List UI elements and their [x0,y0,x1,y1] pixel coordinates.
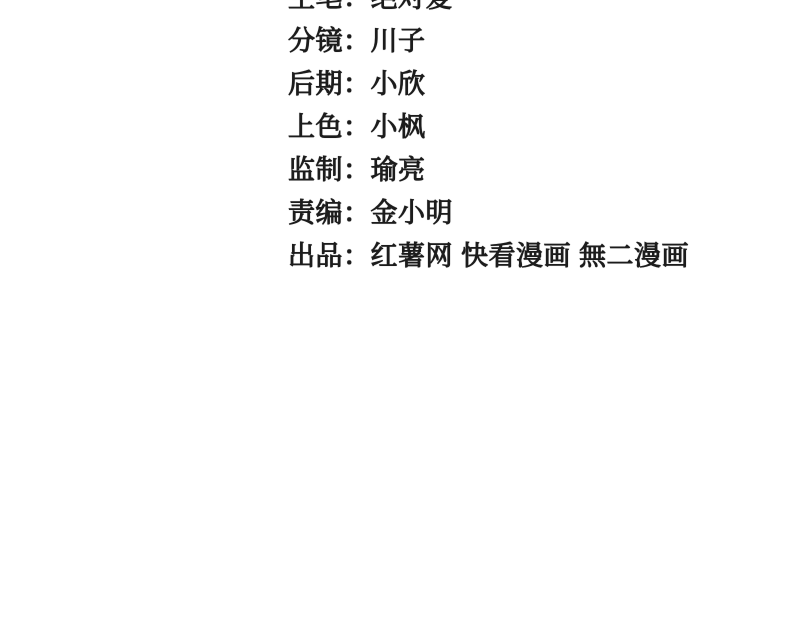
credit-role-text: 分镜 [288,26,343,56]
credit-name-text: 瑜亮 [371,155,426,185]
credit-colon: ： [343,198,371,228]
credit-name-text: 小枫 [371,112,426,142]
credit-row-storyboard: 分镜：川子 [288,20,689,63]
credit-role-text: 后期 [288,69,343,99]
credit-role-text: 监制 [288,155,343,185]
credit-role-label: 分镜： [288,20,371,63]
credit-role-label: 上色： [288,106,371,149]
credit-role-text: 上色 [288,112,343,142]
comic-credits-page: 主笔：绝对爱 分镜：川子 后期：小欣 上色：小枫 监制：瑜亮 责编：金小明 出品… [0,0,800,624]
credit-name-text: 小欣 [371,69,426,99]
credit-row-supervisor: 监制：瑜亮 [288,149,689,192]
credit-row-postproduction: 后期：小欣 [288,63,689,106]
credit-colon: ： [343,26,371,56]
credit-colon: ： [343,0,371,13]
credit-role-label: 主笔： [288,0,371,20]
credit-row-coloring: 上色：小枫 [288,106,689,149]
credit-name-text: 金小明 [371,198,454,228]
credit-name-text: 红薯网 快看漫画 無二漫画 [371,241,690,271]
credit-colon: ： [343,112,371,142]
credit-role-label: 责编： [288,192,371,235]
credit-colon: ： [343,69,371,99]
credit-row-editor: 责编：金小明 [288,192,689,235]
credits-block: 主笔：绝对爱 分镜：川子 后期：小欣 上色：小枫 监制：瑜亮 责编：金小明 出品… [288,0,689,278]
credit-role-text: 责编 [288,198,343,228]
credit-colon: ： [343,241,371,271]
credit-role-label: 监制： [288,149,371,192]
credit-name-text: 川子 [371,26,426,56]
credit-colon: ： [343,155,371,185]
credit-row-production: 出品：红薯网 快看漫画 無二漫画 [288,235,689,278]
credit-name-text: 绝对爱 [371,0,454,13]
credit-row-lead-artist: 主笔：绝对爱 [288,0,689,20]
credit-role-label: 后期： [288,63,371,106]
credit-role-text: 主笔 [288,0,343,13]
credit-role-text: 出品 [288,241,343,271]
credit-role-label: 出品： [288,235,371,278]
